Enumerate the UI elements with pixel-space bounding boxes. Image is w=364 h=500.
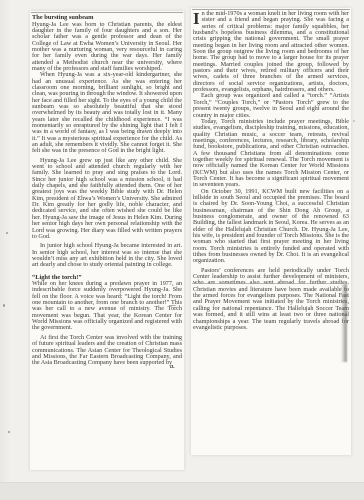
paragraph: Hyung-Ja Lee grew up just like any other…	[32, 158, 182, 240]
paragraph: While on her knees during a predawn pray…	[32, 281, 182, 332]
paragraph: In junior high school Hyung-Ja became in…	[32, 243, 182, 268]
paragraph: On October 30, 1991, KCWM built new faci…	[193, 189, 349, 265]
paragraph-with-dropcap: In the mid-1970s a woman knelt in her li…	[193, 11, 349, 93]
right-column: In the mid-1970s a woman knelt in her li…	[191, 8, 351, 455]
scan-bottom-shadow	[0, 482, 364, 500]
paragraph: Today, Torch ministries include prayer m…	[193, 119, 349, 189]
paragraph-text: n the mid-1970s a woman knelt in her liv…	[193, 10, 349, 93]
paragraph: Each group was organized and called a “t…	[193, 93, 349, 118]
scanned-document-page: The bursting sunbeam Hyung-Ja Lee was bo…	[0, 0, 364, 500]
paragraph: Pastors’ conferences are held periodical…	[193, 268, 349, 331]
margin-dash-mark: —	[169, 303, 176, 309]
scan-edge-streak	[0, 0, 18, 482]
paragraph: At first the Torch Center was involved w…	[32, 335, 182, 367]
scan-speck	[6, 232, 8, 234]
paragraph: When Hyung-Ja was a six-year-old kinderg…	[32, 72, 182, 154]
scan-smudge	[341, 284, 347, 362]
drop-cap: I	[193, 11, 202, 27]
strip-seam-line	[192, 283, 344, 284]
strip-seam-line	[31, 12, 183, 13]
paragraph: Hyung-Ja Lee was born to Christian paren…	[32, 22, 182, 73]
margin-note-mark: a.	[170, 364, 175, 370]
scan-speck	[3, 304, 5, 307]
scan-speck	[8, 431, 10, 433]
strip-seam-line	[192, 9, 350, 10]
left-column: The bursting sunbeam Hyung-Ja Lee was bo…	[30, 11, 184, 470]
scan-speck	[353, 120, 355, 122]
